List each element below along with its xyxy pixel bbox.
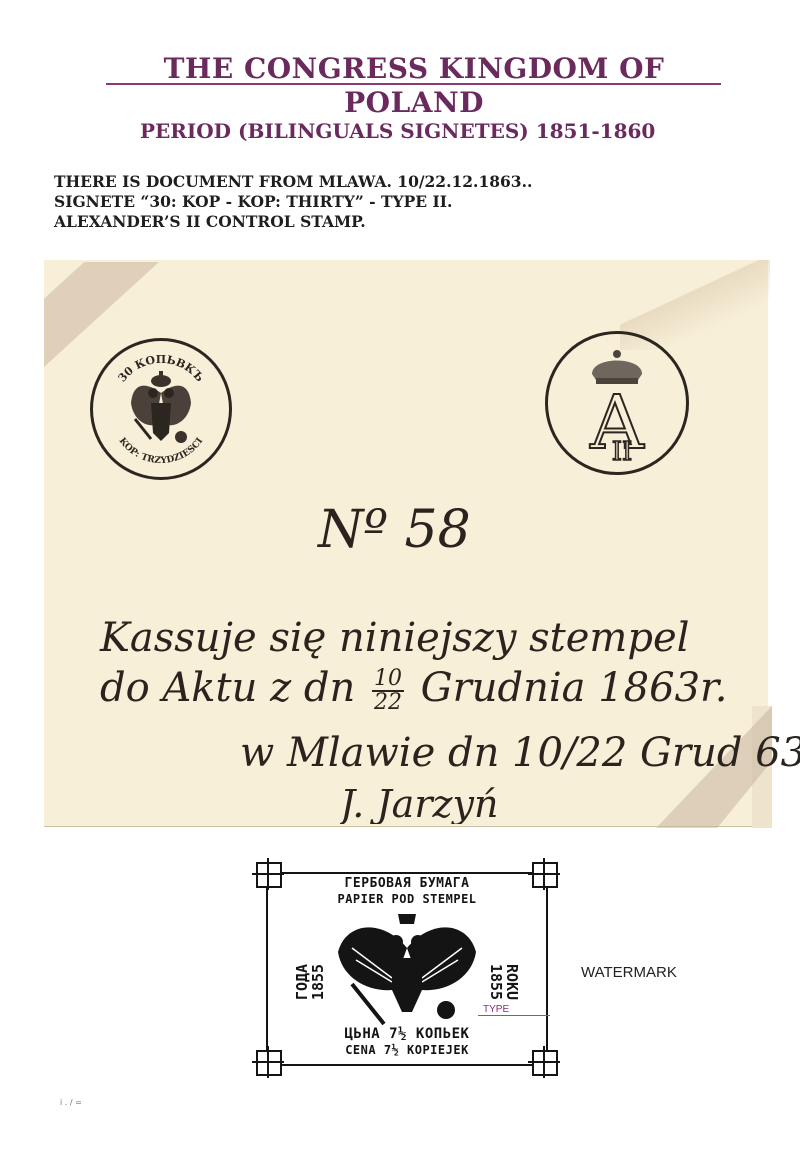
handwritten-text: Grudnia 1863r. <box>421 665 728 711</box>
fraction-denominator: 22 <box>374 690 402 715</box>
description-line: THERE IS DOCUMENT FROM MLAWA. 10/22.12.1… <box>54 172 614 192</box>
control-stamp: A II <box>545 331 689 475</box>
watermark-year-cyrillic: ГОДА 1855 <box>294 952 326 1012</box>
svg-text:II: II <box>612 437 633 467</box>
watermark-top-polish: PAPIER POD STEMPEL <box>268 892 546 906</box>
handwritten-line: w Mlawie dn 10/22 Grud 63r. <box>240 730 800 776</box>
footer-mark: i . / = <box>60 1098 82 1107</box>
watermark-top-cyrillic: ГЕРБОВАЯ БУМАГА <box>268 876 546 891</box>
description-line: SIGNETE “30: KOP - KOP: THIRTY” - TYPE I… <box>54 192 614 212</box>
signete-seal: 30 КОПЬВКЪ KOP: TRZYDZIESCI <box>90 338 232 480</box>
handwritten-line: do Aktu z dn 10 22 Grudnia 1863r. <box>100 665 727 714</box>
crown-monogram-icon: A II <box>548 334 686 472</box>
watermark-drawing: ГЕРБОВАЯ БУМАГА PAPIER POD STEMPEL ГОДА … <box>266 872 548 1066</box>
double-headed-eagle-icon: 30 КОПЬВКЪ KOP: TRZYDZIESCI <box>93 341 229 477</box>
watermark-label: WATERMARK <box>581 964 677 981</box>
double-headed-eagle-icon <box>332 908 482 1032</box>
type-underline <box>478 1015 550 1016</box>
date-fraction: 10 22 <box>372 668 404 714</box>
title-underline <box>106 83 721 85</box>
watermark-price-cyrillic: ЦЬНА 7½ КОПЬЕК <box>268 1026 546 1042</box>
signature: J. Jarzyń <box>340 782 498 824</box>
watermark-price-polish: CENA 7½ KOPIEJEK <box>268 1043 546 1057</box>
watermark-year-polish: ROKU 1855 <box>488 952 520 1012</box>
description-line: ALEXANDER’S II CONTROL STAMP. <box>54 212 614 232</box>
fraction-numerator: 10 <box>372 668 404 692</box>
type-label: TYPE <box>483 1004 509 1015</box>
handwritten-text: do Aktu z dn <box>100 665 355 711</box>
handwritten-line: Kassuje się niniejszy stempel <box>100 615 689 661</box>
document-number: Nº 58 <box>318 500 471 560</box>
description: THERE IS DOCUMENT FROM MLAWA. 10/22.12.1… <box>54 172 614 232</box>
page-title: THE CONGRESS KINGDOM OF POLAND <box>108 52 720 120</box>
page-subtitle: PERIOD (BILINGUALS SIGNETES) 1851-1860 <box>140 118 700 144</box>
